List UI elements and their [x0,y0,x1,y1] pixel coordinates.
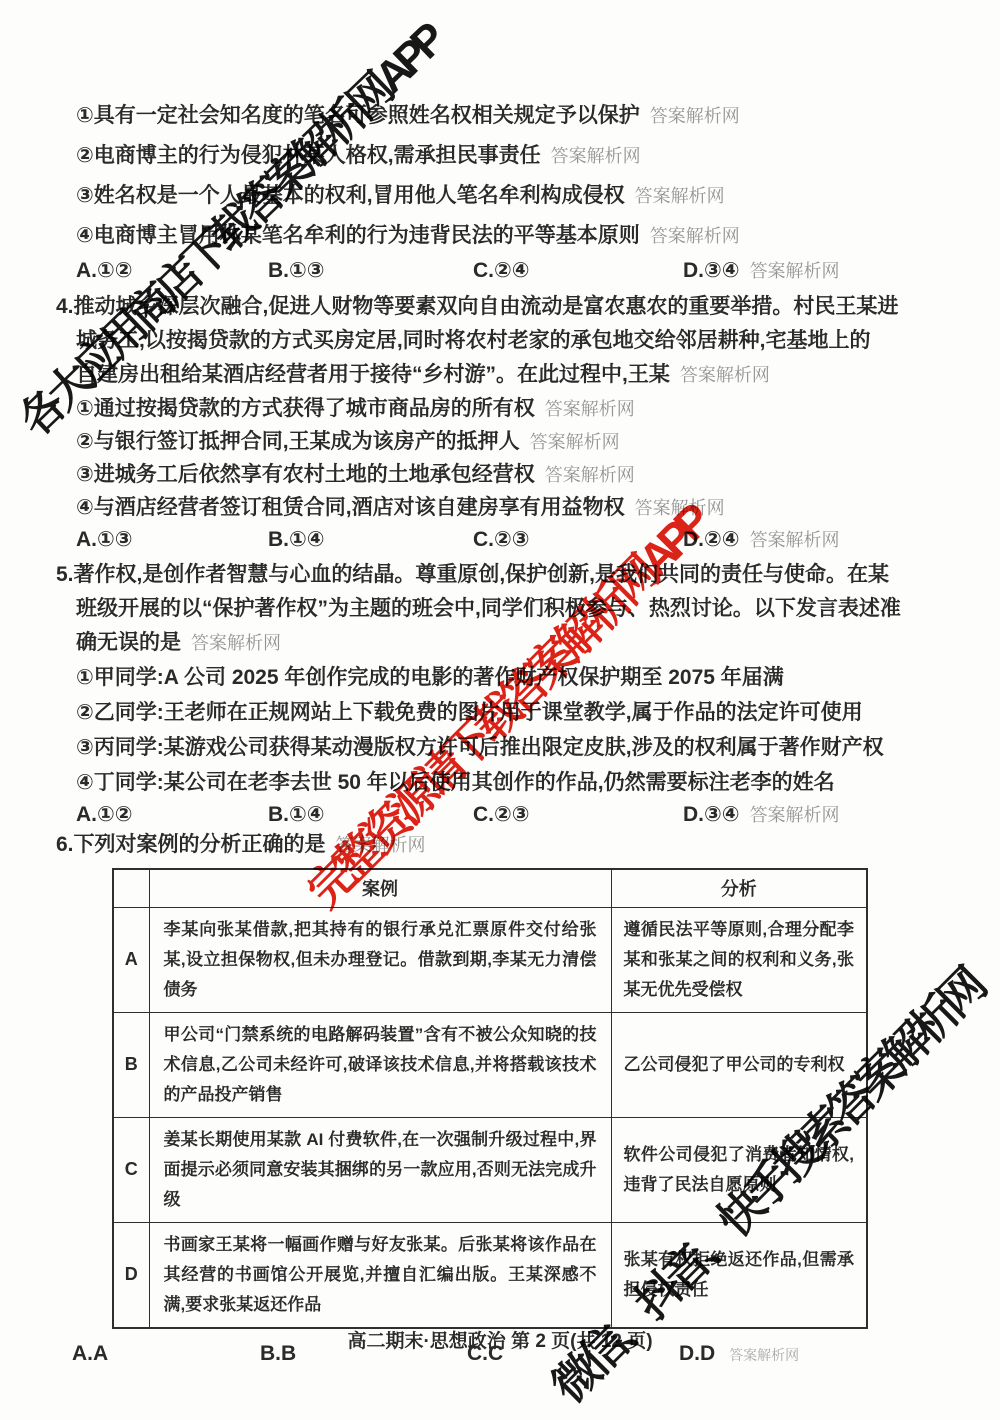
row-label: A [113,907,149,1012]
statement-text: ①具有一定社会知名度的笔名可参照姓名权相关规定予以保护 [76,104,640,127]
q5-option-a: A.①② [76,800,268,832]
q4-option-d: D.②④答案解析网 [683,524,948,558]
answer-site-tag: 答案解析网 [750,530,840,550]
q4-options-row: A.①③ B.①④ C.②③ D.②④答案解析网 [56,524,948,558]
answer-site-tag: 答案解析网 [650,106,740,126]
q4-option-c: C.②③ [473,524,683,558]
question-4: 4.推动城乡深层次融合,促进人财物等要素双向自由流动是富农惠农的重要举措。村民王… [56,290,948,558]
q5-stem-line-2: 班级开展的以“保护著作权”为主题的班会中,同学们积极参与、热烈讨论。以下发言表述… [56,592,948,626]
statement-text: ③进城务工后依然享有农村土地的土地承包经营权 [76,463,535,486]
row-analysis: 软件公司侵犯了消费者知情权,违背了民法自愿原则 [611,1117,867,1222]
answer-site-tag: 答案解析网 [551,146,641,166]
q3-statement-3: ③姓名权是一个人最基本的权利,冒用他人笔名牟利构成侵权答案解析网 [56,176,948,216]
page-footer: 高二期末·思想政治 第 2 页(共 12 页) [0,1326,1000,1353]
answer-site-tag: 答案解析网 [545,399,635,419]
q3-option-b: B.①③ [268,256,473,290]
q6-stem: 6.下列对案例的分析正确的是答案解析网 [56,832,948,860]
table-header-row: 案例 分析 [113,869,867,907]
answer-site-tag: 答案解析网 [635,498,725,518]
exam-content: ①具有一定社会知名度的笔名可参照姓名权相关规定予以保护答案解析网 ②电商博主的行… [56,96,948,1370]
q4-option-a: A.①③ [76,524,268,558]
q5-stem-line-3: 确无误的是答案解析网 [56,626,948,660]
answer-site-tag: 答案解析网 [336,835,426,855]
row-label: B [113,1012,149,1117]
row-analysis: 张某有权拒绝返还作品,但需承担侵权责任 [611,1222,867,1328]
table-row-a: A 李某向张某借款,把其持有的银行承兑汇票原件交付给张某,设立担保物权,但未办理… [113,907,867,1012]
stem-text: 自建房出租给某酒店经营者用于接待“乡村游”。在此过程中,王某 [76,363,670,386]
q4-statement-3: ③进城务工后依然享有农村土地的土地承包经营权答案解析网 [56,458,948,491]
case-analysis-table: 案例 分析 A 李某向张某借款,把其持有的银行承兑汇票原件交付给张某,设立担保物… [112,868,868,1329]
q3-option-a: A.①② [76,256,268,290]
q4-statement-2: ②与银行签订抵押合同,王某成为该房产的抵押人答案解析网 [56,425,948,458]
row-case: 甲公司“门禁系统的电路解码装置”含有不被公众知晓的技术信息,乙公司未经许可,破译… [149,1012,611,1117]
q5-option-c: C.②③ [473,800,683,832]
q3-statement-1: ①具有一定社会知名度的笔名可参照姓名权相关规定予以保护答案解析网 [56,96,948,136]
q4-stem-line-2: 城务工,以按揭贷款的方式买房定居,同时将农村老家的承包地交给邻居耕种,宅基地上的 [56,324,948,358]
table-header-empty [113,869,149,907]
q3-options-row: A.①② B.①③ C.②④ D.③④答案解析网 [56,256,948,290]
statement-text: ④与酒店经营者签订租赁合同,酒店对该自建房享有用益物权 [76,496,625,519]
q5-option-b: B.①④ [268,800,473,832]
stem-text: 6.下列对案例的分析正确的是 [56,833,326,856]
option-text: D.③④ [683,803,740,826]
answer-site-tag: 答案解析网 [530,432,620,452]
answer-site-tag: 答案解析网 [750,805,840,825]
answer-site-tag: 答案解析网 [750,261,840,281]
q5-stem: 5.著作权,是创作者智慧与心血的结晶。尊重原创,保护创新,是我们共同的责任与使命… [56,558,948,660]
q3-statement-2: ②电商博主的行为侵犯林某人格权,需承担民事责任答案解析网 [56,136,948,176]
exam-page-scan: ①具有一定社会知名度的笔名可参照姓名权相关规定予以保护答案解析网 ②电商博主的行… [0,0,1000,1420]
row-case: 书画家王某将一幅画作赠与好友张某。后张某将该作品在其经营的书画馆公开展览,并擅自… [149,1222,611,1328]
question-3: ①具有一定社会知名度的笔名可参照姓名权相关规定予以保护答案解析网 ②电商博主的行… [56,96,948,290]
table-row-c: C 姜某长期使用某款 AI 付费软件,在一次强制升级过程中,界面提示必须同意安装… [113,1117,867,1222]
statement-text: ④电商博主冒用林某笔名牟利的行为违背民法的平等基本原则 [76,224,640,247]
statement-text: ②电商博主的行为侵犯林某人格权,需承担民事责任 [76,144,541,167]
q5-stem-line-1: 5.著作权,是创作者智慧与心血的结晶。尊重原创,保护创新,是我们共同的责任与使命… [56,558,948,592]
row-label: C [113,1117,149,1222]
table-row-b: B 甲公司“门禁系统的电路解码装置”含有不被公众知晓的技术信息,乙公司未经许可,… [113,1012,867,1117]
statement-text: ②与银行签订抵押合同,王某成为该房产的抵押人 [76,430,520,453]
stem-text: 确无误的是 [76,631,181,654]
q3-statement-4: ④电商博主冒用林某笔名牟利的行为违背民法的平等基本原则答案解析网 [56,216,948,256]
q4-stem-line-1: 4.推动城乡深层次融合,促进人财物等要素双向自由流动是富农惠农的重要举措。村民王… [56,290,948,324]
q5-options-row: A.①② B.①④ C.②③ D.③④答案解析网 [56,800,948,832]
question-6: 6.下列对案例的分析正确的是答案解析网 案例 分析 A 李某向张某借款,把其持有… [56,832,948,1370]
q4-option-b: B.①④ [268,524,473,558]
q5-statement-2: ②乙同学:王老师在正规网站上下载免费的图片用于课堂教学,属于作品的法定许可使用 [56,695,948,730]
q4-statement-1: ①通过按揭贷款的方式获得了城市商品房的所有权答案解析网 [56,392,948,425]
option-text: D.②④ [683,528,740,551]
row-analysis: 遵循民法平等原则,合理分配李某和张某之间的权利和义务,张某无优先受偿权 [611,907,867,1012]
q3-option-c: C.②④ [473,256,683,290]
q5-statement-4: ④丁同学:某公司在老李去世 50 年以后使用其创作的作品,仍然需要标注老李的姓名 [56,765,948,800]
q4-stem-line-3: 自建房出租给某酒店经营者用于接待“乡村游”。在此过程中,王某答案解析网 [56,358,948,392]
question-5: 5.著作权,是创作者智慧与心血的结晶。尊重原创,保护创新,是我们共同的责任与使命… [56,558,948,832]
answer-site-tag: 答案解析网 [680,365,770,385]
answer-site-tag: 答案解析网 [191,633,281,653]
table-row-d: D 书画家王某将一幅画作赠与好友张某。后张某将该作品在其经营的书画馆公开展览,并… [113,1222,867,1328]
q5-statement-1: ①甲同学:A 公司 2025 年创作完成的电影的著作财产权保护期至 2075 年… [56,660,948,695]
row-case: 姜某长期使用某款 AI 付费软件,在一次强制升级过程中,界面提示必须同意安装其捆… [149,1117,611,1222]
table-header-analysis: 分析 [611,869,867,907]
answer-site-tag: 答案解析网 [635,186,725,206]
statement-text: ③姓名权是一个人最基本的权利,冒用他人笔名牟利构成侵权 [76,184,625,207]
table-header-case: 案例 [149,869,611,907]
answer-site-tag: 答案解析网 [545,465,635,485]
statement-text: ①通过按揭贷款的方式获得了城市商品房的所有权 [76,397,535,420]
option-text: D.③④ [683,259,740,282]
q4-statement-4: ④与酒店经营者签订租赁合同,酒店对该自建房享有用益物权答案解析网 [56,491,948,524]
q5-option-d: D.③④答案解析网 [683,800,948,832]
row-case: 李某向张某借款,把其持有的银行承兑汇票原件交付给张某,设立担保物权,但未办理登记… [149,907,611,1012]
q5-statement-3: ③丙同学:某游戏公司获得某动漫版权方许可后推出限定皮肤,涉及的权利属于著作财产权 [56,730,948,765]
q3-option-d: D.③④答案解析网 [683,256,948,290]
answer-site-tag: 答案解析网 [650,226,740,246]
row-label: D [113,1222,149,1328]
row-analysis: 乙公司侵犯了甲公司的专利权 [611,1012,867,1117]
q4-stem: 4.推动城乡深层次融合,促进人财物等要素双向自由流动是富农惠农的重要举措。村民王… [56,290,948,392]
